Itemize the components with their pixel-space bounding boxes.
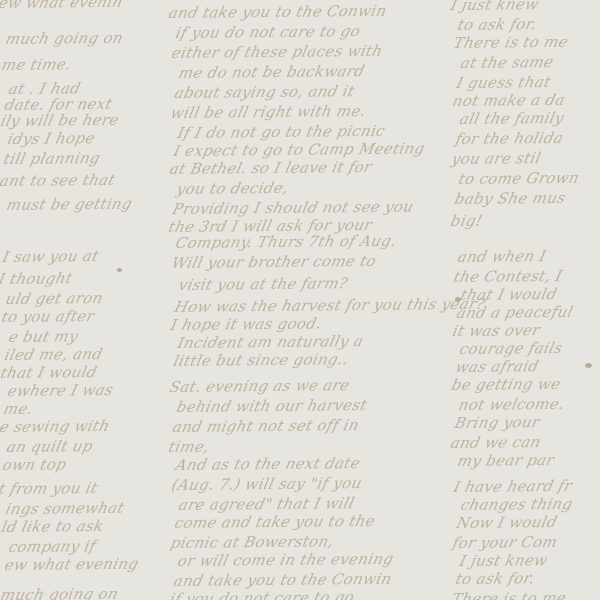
handwritten-line: ewhere I was: [6, 381, 115, 400]
handwritten-line: that I would: [459, 285, 559, 304]
handwritten-line: to you after: [0, 307, 96, 326]
handwritten-line: be getting we: [450, 375, 563, 394]
handwritten-line: not make a da: [451, 91, 567, 110]
handwritten-line: at the same: [459, 53, 556, 72]
handwritten-line: t from you it: [0, 479, 100, 498]
handwritten-line: that I would: [0, 363, 99, 382]
handwritten-line: ings somewhat: [4, 499, 126, 518]
handwritten-line: about saying so, and it: [173, 82, 357, 102]
handwritten-line: I guess that: [455, 73, 553, 92]
handwritten-line: and take you to the Conwin: [167, 2, 389, 22]
handwritten-line: to come Grown: [457, 169, 581, 188]
handwritten-line: much going on: [0, 585, 120, 600]
handwritten-line: I expect to go to Camp Meeting: [172, 139, 427, 160]
handwritten-line: ld like to ask: [0, 517, 106, 536]
handwritten-line: I just knew: [458, 551, 550, 570]
handwritten-line: me time.: [0, 55, 73, 74]
handwritten-line: iled me, and: [3, 345, 105, 364]
handwritten-line: uld get aron: [4, 289, 105, 308]
handwritten-line: or will come in the evening: [176, 550, 396, 570]
handwritten-line: company if: [7, 537, 98, 556]
handwritten-line: for your Com: [451, 533, 560, 552]
handwritten-line: baby She mus: [453, 189, 568, 208]
handwritten-line: you to decide,: [175, 179, 290, 198]
handwritten-line: much going on: [4, 29, 125, 48]
handwritten-line: to ask for.: [456, 15, 539, 34]
handwritten-line: I thought: [0, 269, 74, 288]
handwritten-line: Sat. evening as we are: [168, 376, 352, 396]
handwritten-line: Now I would: [455, 513, 559, 532]
handwritten-line: Providing I should not see you: [171, 197, 416, 218]
handwritten-line: And as to the next date: [174, 454, 362, 474]
handwritten-line: Company. Thurs 7th of Aug.: [174, 232, 399, 252]
handwritten-line: either of these places with: [170, 42, 385, 62]
handwritten-line: time,: [167, 438, 212, 456]
handwritten-line: till planning: [2, 149, 102, 168]
handwritten-line: my bear par: [456, 451, 556, 470]
handwritten-line: will be all right with me.: [169, 102, 368, 122]
handwritten-line: e but my: [7, 327, 80, 346]
handwritten-line: if you do not care to go: [174, 22, 363, 42]
handwritten-line: I saw you at: [1, 247, 101, 266]
handwritten-line: I just knew: [449, 0, 541, 14]
handwritten-line: me do not be backward: [177, 62, 367, 82]
handwritten-line: ew what evening: [3, 555, 141, 574]
handwritten-line: ily will be here: [0, 111, 121, 130]
handwritten-line: I hope it was good.: [169, 314, 324, 334]
handwritten-line: If I do not go to the picnic: [176, 122, 387, 142]
handwritten-line: changes thing: [459, 495, 575, 514]
handwritten-line: and take you to the Conwin: [172, 570, 394, 590]
handwritten-line: and when I: [456, 247, 548, 266]
handwritten-line: for the holida: [454, 129, 565, 148]
handwritten-line: and a peaceful: [455, 303, 575, 322]
handwritten-line: There is to me: [452, 33, 570, 52]
handwritten-line: and might not set off in: [171, 416, 361, 436]
handwritten-line: picnic at Bowerston,: [169, 532, 336, 552]
ink-blot: [117, 268, 122, 272]
ink-blot: [585, 363, 592, 368]
handwritten-line: big!: [449, 212, 485, 230]
handwritten-line: are agreed" that I will: [177, 494, 356, 514]
handwritten-line: must be getting: [5, 195, 134, 214]
handwritten-line: ant to see that: [0, 171, 117, 190]
handwritten-line: own top: [1, 455, 69, 474]
handwritten-line: and we can: [449, 433, 543, 452]
handwritten-line: I have heard fr: [452, 477, 574, 496]
ink-blot: [455, 297, 461, 302]
handwritten-line: all the family: [458, 109, 566, 128]
handwritten-line: (Aug. 7.) will say "if you: [170, 474, 364, 494]
handwritten-line: There is to me: [450, 589, 568, 600]
handwritten-line: if you do not care to go: [168, 588, 357, 600]
handwritten-line: to ask for.: [454, 569, 537, 588]
handwritten-line: behind with our harvest: [175, 396, 369, 416]
handwritten-line: e sewing with: [0, 417, 112, 436]
handwritten-line: courage fails: [458, 339, 565, 358]
handwritten-line: Bring your: [453, 413, 542, 432]
handwritten-line: at Bethel. so I leave it for: [168, 158, 374, 178]
handwritten-line: was afraid: [454, 357, 541, 376]
handwritten-letter-pattern: ew what eveninmuch going onme time.at . …: [0, 0, 600, 600]
handwritten-line: Incident am naturally a: [176, 332, 366, 352]
handwritten-line: not welcome.: [457, 395, 566, 414]
handwritten-line: visit you at the farm?: [177, 274, 350, 294]
handwritten-line: an quilt up: [5, 437, 95, 456]
handwritten-line: How was the harvest for you this year?: [173, 295, 487, 316]
handwritten-line: Will your brother come to: [170, 252, 378, 272]
handwritten-line: the Contest, I: [452, 267, 564, 286]
handwritten-line: little but since going..: [172, 350, 351, 370]
handwritten-line: ew what evenin: [0, 0, 125, 12]
handwritten-line: idys I hope: [6, 129, 97, 148]
handwritten-line: it was over: [451, 321, 542, 340]
handwritten-line: me.: [2, 400, 35, 418]
handwritten-line: you are stil: [450, 149, 543, 168]
handwritten-line: come and take you to the: [173, 512, 377, 532]
